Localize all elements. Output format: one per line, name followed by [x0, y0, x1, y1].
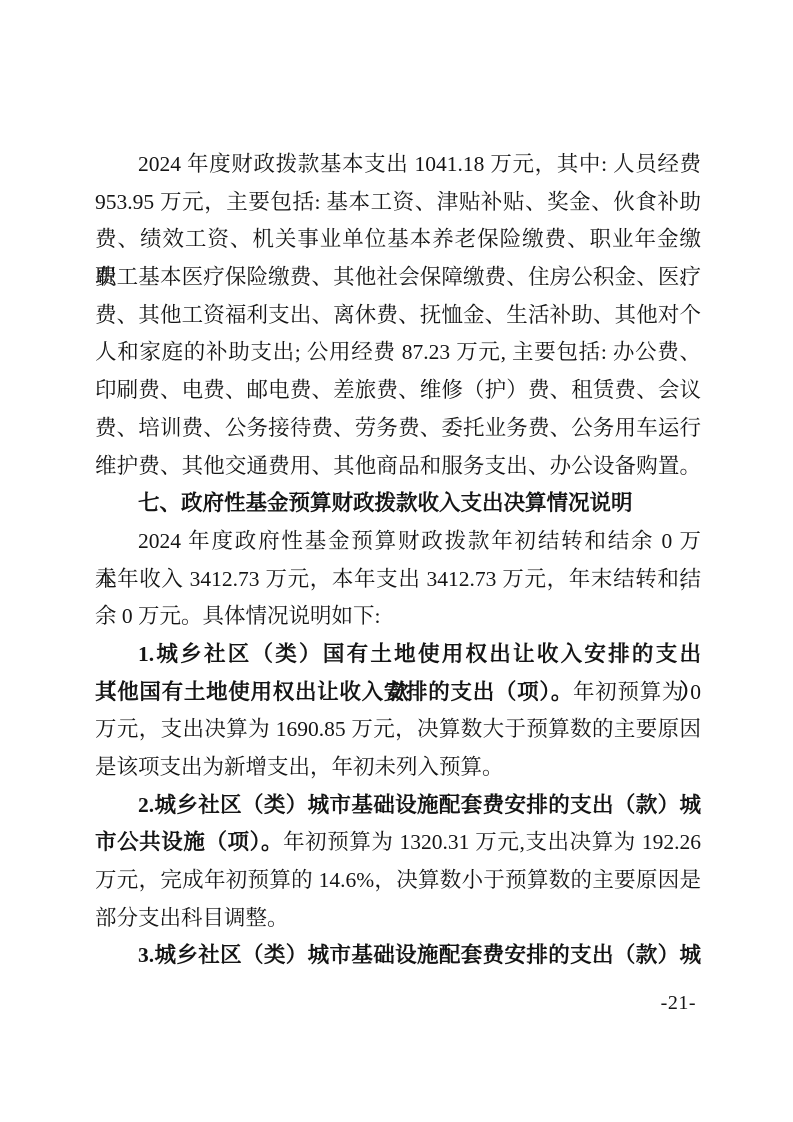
line-text: 万元，完成年初预算的 14.6%，决算数小于预算数的主要原因是 [95, 868, 701, 892]
line-text: 万元，支出决算为 1690.85 万元，决算数大于预算数的主要原因 [95, 717, 701, 741]
doc-line: 本年收入 3412.73 万元，本年支出 3412.73 万元，年末结转和结 [95, 561, 701, 599]
page-number: -21- [661, 992, 696, 1015]
doc-line: 2024 年度财政拨款基本支出 1041.18 万元，其中: 人员经费 [95, 146, 701, 184]
item-heading: 3.城乡社区（类）城市基础设施配套费安排的支出（款）城 [95, 937, 701, 975]
doc-line: 市公共设施（项）。年初预算为 1320.31 万元,支出决算为 192.26 [95, 824, 701, 862]
line-text: 余 0 万元。具体情况说明如下: [95, 604, 380, 628]
item-heading: 1.城乡社区（类）国有土地使用权出让收入安排的支出（款） [95, 636, 701, 674]
doc-line: 人和家庭的补助支出; 公用经费 87.23 万元, 主要包括: 办公费、 [95, 334, 701, 372]
line-bold-text: 其他国有土地使用权出让收入安排的支出（项）。 [95, 680, 573, 704]
doc-line: 万元，支出决算为 1690.85 万元，决算数大于预算数的主要原因 [95, 711, 701, 749]
doc-line: 万元，完成年初预算的 14.6%，决算数小于预算数的主要原因是 [95, 862, 701, 900]
line-text: 职工基本医疗保险缴费、其他社会保障缴费、住房公积金、医疗 [95, 265, 701, 289]
doc-line: 其他国有土地使用权出让收入安排的支出（项）。年初预算为 0 [95, 674, 701, 712]
line-text: 2024 年度财政拨款基本支出 1041.18 万元，其中: 人员经费 [138, 152, 701, 176]
line-bold-text: 市公共设施（项）。 [95, 830, 283, 854]
doc-line: 职工基本医疗保险缴费、其他社会保障缴费、住房公积金、医疗 [95, 259, 701, 297]
document-body: 2024 年度财政拨款基本支出 1041.18 万元，其中: 人员经费 953.… [95, 146, 701, 975]
line-text: 是该项支出为新增支出，年初未列入预算。 [95, 755, 504, 779]
doc-line: 费、培训费、公务接待费、劳务费、委托业务费、公务用车运行 [95, 410, 701, 448]
line-bold-text: 3.城乡社区（类）城市基础设施配套费安排的支出（款）城 [138, 943, 701, 967]
line-text: 部分支出科目调整。 [95, 906, 289, 930]
section-heading: 七、政府性基金预算财政拨款收入支出决算情况说明 [95, 485, 701, 523]
line-bold-text: 七、政府性基金预算财政拨款收入支出决算情况说明 [138, 491, 633, 515]
line-bold-text: 2.城乡社区（类）城市基础设施配套费安排的支出（款）城 [138, 793, 701, 817]
doc-line: 余 0 万元。具体情况说明如下: [95, 598, 701, 636]
doc-line: 印刷费、电费、邮电费、差旅费、维修（护）费、租赁费、会议 [95, 372, 701, 410]
line-text: 印刷费、电费、邮电费、差旅费、维修（护）费、租赁费、会议 [95, 378, 701, 402]
doc-line: 部分支出科目调整。 [95, 900, 701, 938]
line-text: 维护费、其他交通费用、其他商品和服务支出、办公设备购置。 [95, 454, 701, 478]
line-text: 本年收入 3412.73 万元，本年支出 3412.73 万元，年末结转和结 [95, 567, 701, 591]
line-text: 年初预算为 0 [573, 680, 701, 704]
doc-line: 费、绩效工资、机关事业单位基本养老保险缴费、职业年金缴费、 [95, 221, 701, 259]
doc-line: 是该项支出为新增支出，年初未列入预算。 [95, 749, 701, 787]
doc-line: 维护费、其他交通费用、其他商品和服务支出、办公设备购置。 [95, 448, 701, 486]
line-text: 费、其他工资福利支出、离休费、抚恤金、生活补助、其他对个 [95, 303, 701, 327]
doc-line: 953.95 万元，主要包括: 基本工资、津贴补贴、奖金、伙食补助 [95, 184, 701, 222]
item-heading: 2.城乡社区（类）城市基础设施配套费安排的支出（款）城 [95, 787, 701, 825]
document-page: { "doc": { "lines": [ { "b": "", "t": "2… [0, 0, 793, 1122]
doc-line: 2024 年度政府性基金预算财政拨款年初结转和结余 0 万元， [95, 523, 701, 561]
line-text: 953.95 万元，主要包括: 基本工资、津贴补贴、奖金、伙食补助 [95, 190, 701, 214]
line-text: 人和家庭的补助支出; 公用经费 87.23 万元, 主要包括: 办公费、 [95, 340, 701, 364]
line-text: 费、培训费、公务接待费、劳务费、委托业务费、公务用车运行 [95, 416, 701, 440]
line-text: 年初预算为 1320.31 万元,支出决算为 192.26 [283, 830, 701, 854]
doc-line: 费、其他工资福利支出、离休费、抚恤金、生活补助、其他对个 [95, 297, 701, 335]
